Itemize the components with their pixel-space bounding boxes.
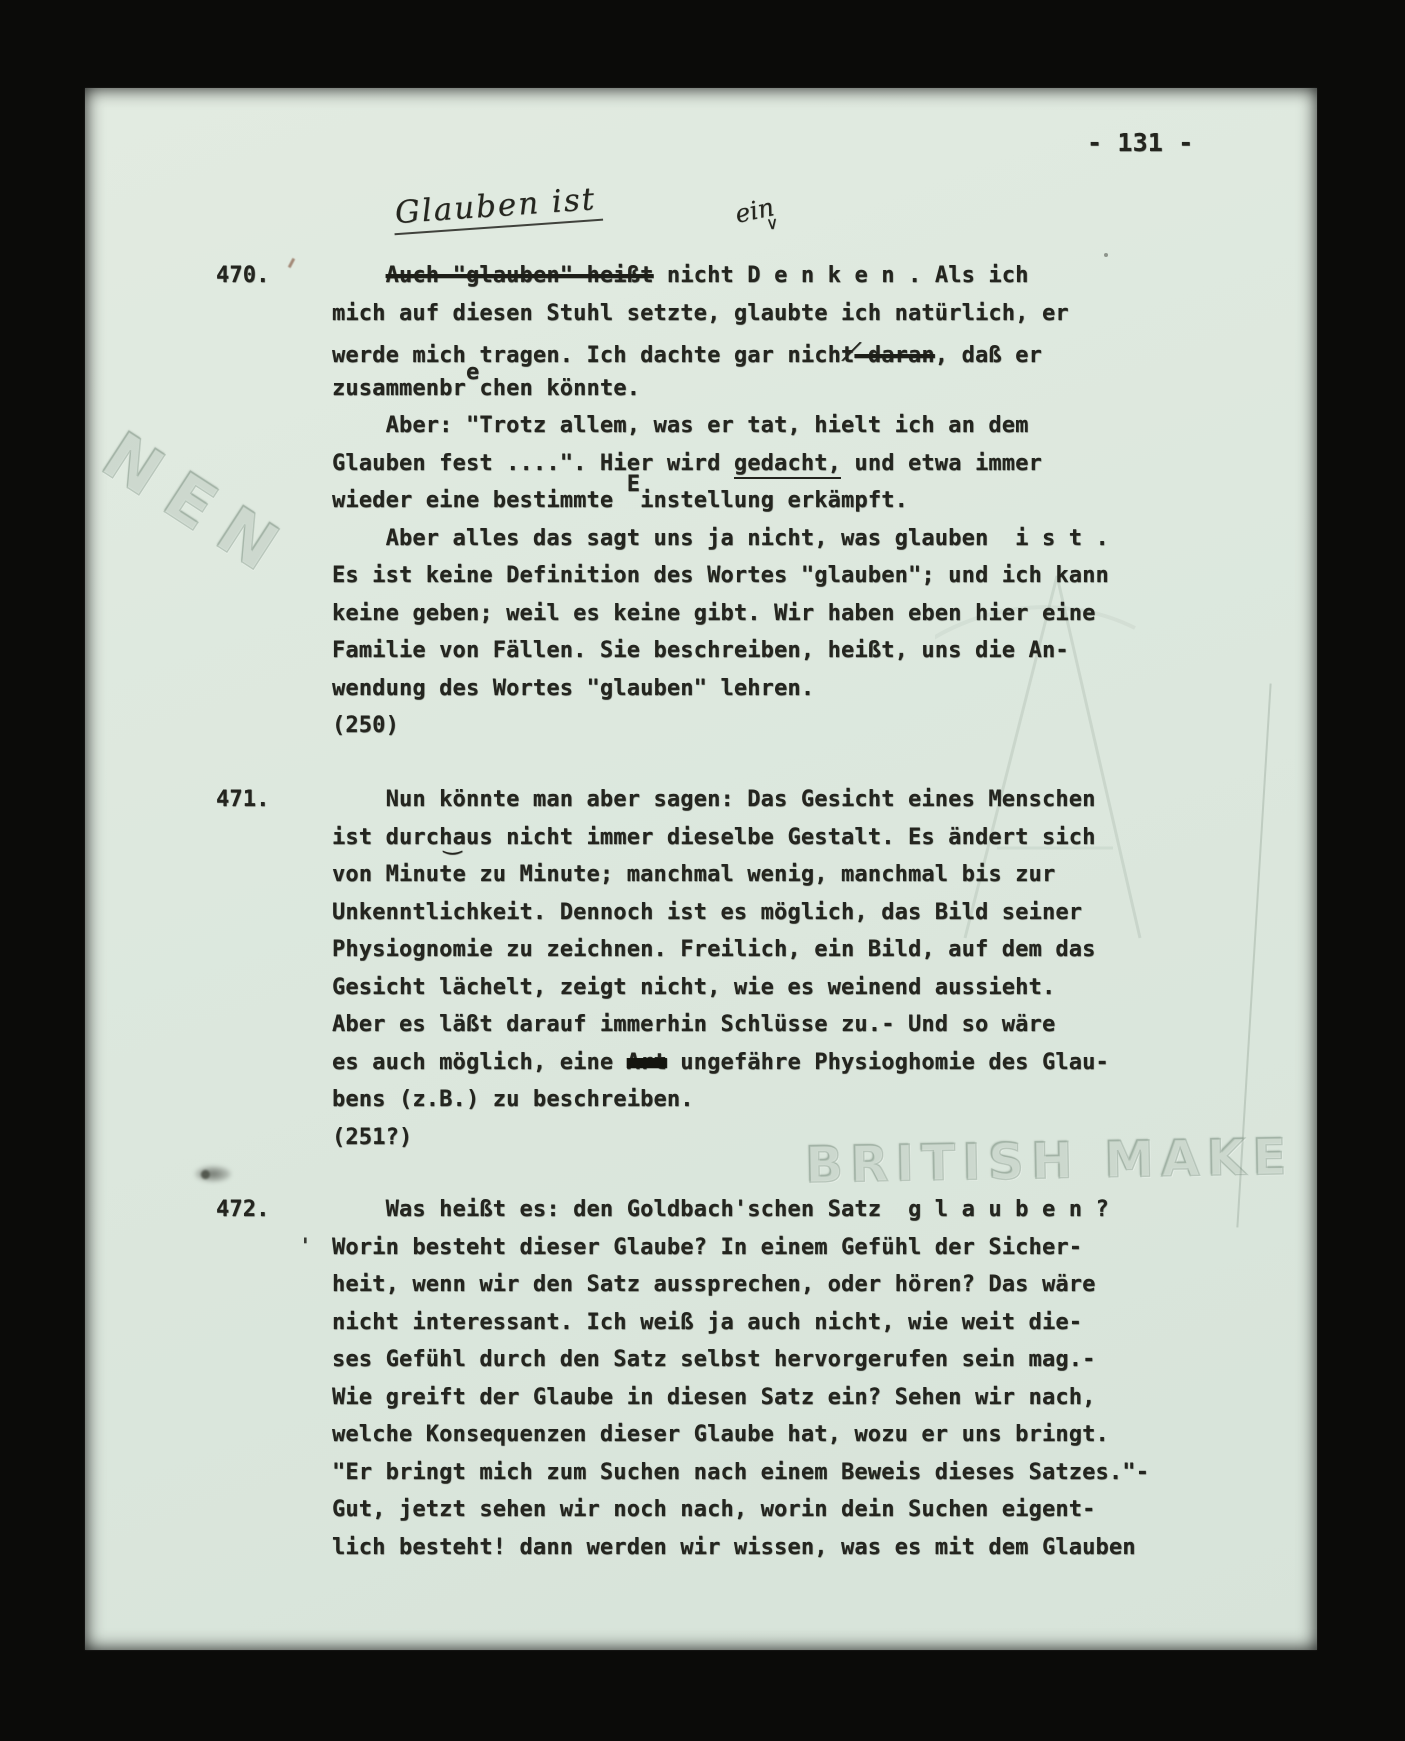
text-segment: ungefähre Physioghomie des Glau- [667,1050,1109,1075]
text-segment: heit, wenn wir den Satz aussprechen, ode… [332,1272,1096,1297]
handwritten-correction-glauben-ist: Glauben ist [392,181,604,236]
text-segment: aus nicht immer dieselbe Gestalt. Es änd… [453,825,1096,850]
typed-line: (250) [332,713,399,743]
text-segment: "Er bringt mich zum Suchen nach einem Be… [332,1460,1149,1485]
typed-line: Auch "glauben" heißt nicht D e n k e n .… [332,263,1029,293]
watermark-linen: NEN [89,417,307,596]
text-segment: Aber: "Trotz allem, was er tat, hielt ic… [332,413,1029,438]
text-segment: von Minute zu Minute; manchmal wenig, ma… [332,862,1055,887]
scan-background: NEN BRITISH MAKE - 131 - Glauben ist ein… [0,0,1405,1741]
typed-line: Gesicht lächelt, zeigt nicht, wie es wei… [332,975,1055,1005]
typed-line: ses Gefühl durch den Satz selbst hervorg… [332,1347,1096,1377]
text-segment [332,263,386,288]
typed-line: nicht interessant. Ich weiß ja auch nich… [332,1310,1082,1340]
text-segment: chen könnte. [479,376,640,401]
typed-line: Was heißt es: den Goldbach'schen Satz g … [332,1197,1109,1227]
text-segment: Worin besteht dieser Glaube? In einem Ge… [332,1235,1082,1260]
document-page: NEN BRITISH MAKE - 131 - Glauben ist ein… [85,88,1317,1650]
typed-line: Glauben fest ....". Hier wird gedacht, u… [332,451,1042,481]
text-segment: D e n k e n . Als ich [747,263,1028,288]
text-segment-ul: gedacht, [734,451,841,479]
typed-line: Aber es läßt darauf immerhin Schlüsse zu… [332,1012,1055,1042]
text-segment: Es ist keine Definition des Wortes "glau… [332,563,1109,588]
typed-line: Familie von Fällen. Sie beschreiben, hei… [332,638,1069,668]
text-segment: Familie von Fällen. Sie beschreiben, hei… [332,638,1069,663]
text-segment: nicht [654,263,748,288]
typed-line: Nun könnte man aber sagen: Das Gesicht e… [332,787,1096,817]
typed-line: Worin besteht dieser Glaube? In einem Ge… [332,1235,1082,1265]
text-segment: , daß er [935,343,1042,368]
text-segment: nicht interessant. Ich weiß ja auch nich… [332,1310,1082,1335]
text-segment-blot: Art [627,1050,667,1075]
text-segment: Unkenntlichkeit. Dennoch ist es möglich,… [332,900,1082,925]
typed-line: von Minute zu Minute; manchmal wenig, ma… [332,862,1055,892]
text-segment: (250) [332,713,399,738]
typed-line: wendung des Wortes "glauben" lehren. [332,676,814,706]
text-segment-sup: e [466,360,479,385]
typed-line: Es ist keine Definition des Wortes "glau… [332,563,1109,593]
text-segment: Nun könnte man aber sagen: Das Gesicht e… [332,787,1096,812]
text-segment: bens (z.B.) zu beschreiben. [332,1087,694,1112]
text-segment-sup: E [627,472,640,497]
typed-line: heit, wenn wir den Satz aussprechen, ode… [332,1272,1096,1302]
section-number: 470. [216,263,270,288]
text-segment: Gut, jetzt sehen wir noch nach, worin de… [332,1497,1096,1522]
page-number: - 131 - [1087,128,1193,157]
text-segment: Wie greift der Glaube in diesen Satz ein… [332,1385,1096,1410]
text-segment: Physiognomie zu zeichnen. Freilich, ein … [332,937,1096,962]
text-segment: keine geben; weil es keine gibt. Wir hab… [332,601,1096,626]
section-number: 471. [216,787,270,812]
text-segment-strike: Auch "glauben" heißt [386,263,654,288]
typed-line: bens (z.B.) zu beschreiben. [332,1087,694,1117]
typed-line: welche Konsequenzen dieser Glaube hat, w… [332,1422,1109,1452]
typed-line: wieder eine bestimmte Einstellung erkämp… [332,488,908,518]
text-segment: Glauben fest ....". Hier wird [332,451,734,476]
handwritten-caret-icon: ∨ [765,214,779,235]
text-segment: Gesicht lächelt, zeigt nicht, wie es wei… [332,975,1055,1000]
text-segment: Aber es läßt darauf immerhin Schlüsse zu… [332,1012,1055,1037]
typed-line: ist durch‿aus nicht immer dieselbe Gesta… [332,825,1096,855]
text-segment: Was heißt es: den Goldbach'schen Satz g … [332,1197,1109,1222]
text-segment: instellung erkämpft. [640,488,908,513]
typed-line: Physiognomie zu zeichnen. Freilich, ein … [332,937,1096,967]
ink-smudge-dark [201,1170,210,1179]
stray-apostrophe-mark: ' [299,1234,312,1258]
text-segment: Aber alles das sagt uns ja nicht, was gl… [332,526,1109,551]
text-segment: wieder eine bestimmte [332,488,627,513]
text-segment: ist durch [332,825,453,850]
typed-line: Gut, jetzt sehen wir noch nach, worin de… [332,1497,1096,1527]
text-segment-strike: daran [854,343,934,368]
typed-line: Wie greift der Glaube in diesen Satz ein… [332,1385,1096,1415]
typed-line: mich auf diesen Stuhl setzte, glaubte ic… [332,301,1069,331]
text-segment: werde mich tragen. Ich dachte gar nicht [332,343,854,368]
section-number: 472. [216,1197,270,1222]
text-segment: zusammenbr [332,376,466,401]
text-segment: lich besteht! dann werden wir wissen, wa… [332,1535,1136,1560]
typed-line: lich besteht! dann werden wir wissen, wa… [332,1535,1136,1565]
typed-line: (251?) [332,1125,412,1155]
typed-line: keine geben; weil es keine gibt. Wir hab… [332,601,1096,631]
typed-line: zusammenbrechen könnte. [332,376,640,406]
watermark-british-make: BRITISH MAKE [805,1128,1294,1195]
text-segment: welche Konsequenzen dieser Glaube hat, w… [332,1422,1109,1447]
typed-line: "Er bringt mich zum Suchen nach einem Be… [332,1460,1149,1490]
text-segment: mich auf diesen Stuhl setzte, glaubte ic… [332,301,1069,326]
text-segment: ses Gefühl durch den Satz selbst hervorg… [332,1347,1096,1372]
pencil-tick [288,258,295,268]
text-segment-handslash: ⁄ [848,337,851,368]
text-segment: wendung des Wortes "glauben" lehren. [332,676,814,701]
text-segment: (251?) [332,1125,412,1150]
typed-line: Aber alles das sagt uns ja nicht, was gl… [332,526,1109,556]
typed-line: Aber: "Trotz allem, was er tat, hielt ic… [332,413,1029,443]
speck [1104,253,1108,257]
text-segment: es auch möglich, eine [332,1050,627,1075]
text-segment: und etwa immer [841,451,1042,476]
typed-line: es auch möglich, eine Art ungefähre Phys… [332,1050,1109,1080]
typed-line: werde mich tragen. Ich dachte gar nicht⁄… [332,338,1042,368]
typed-line: Unkenntlichkeit. Dennoch ist es möglich,… [332,900,1082,930]
